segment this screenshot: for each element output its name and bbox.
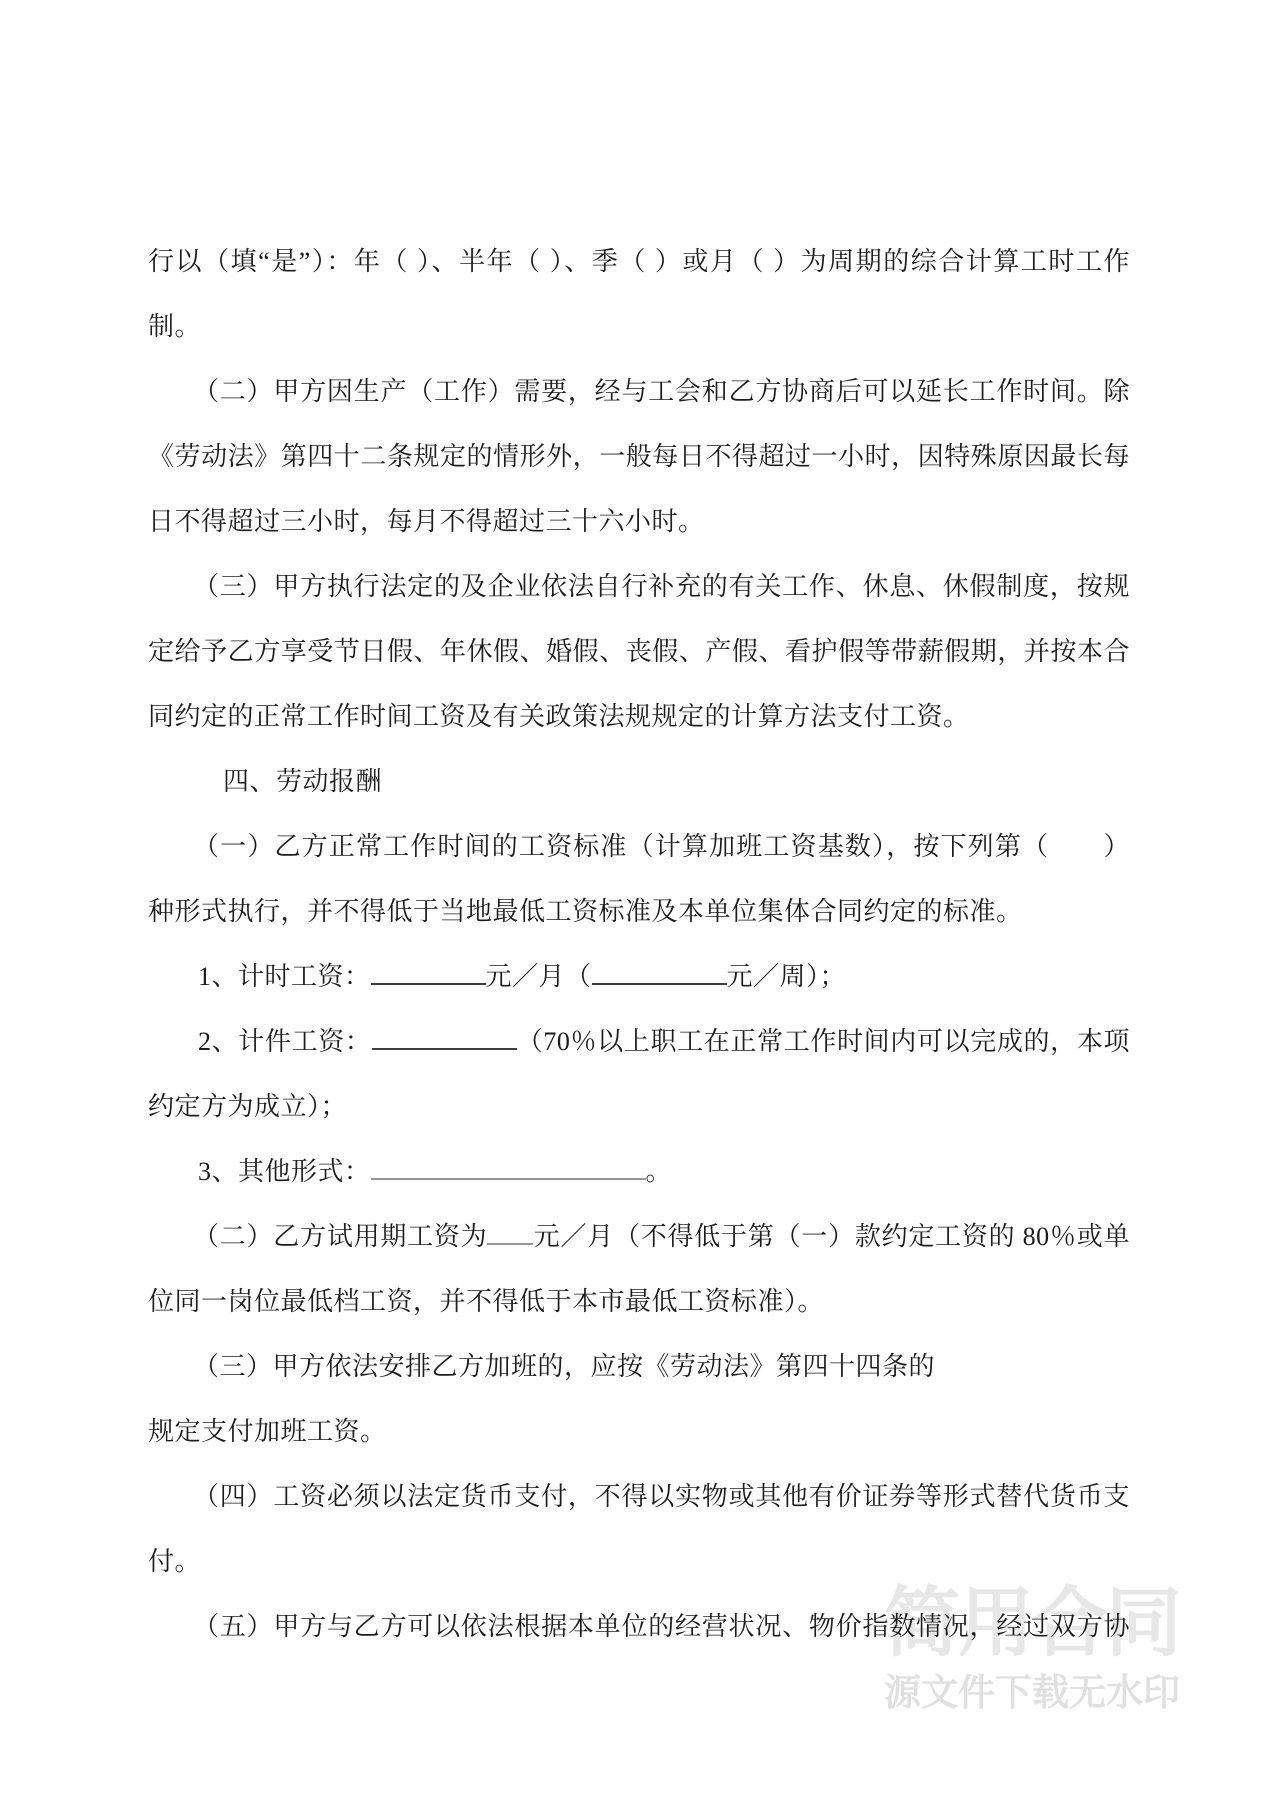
- line-text: 制。: [148, 312, 201, 341]
- fill-in-blank: [371, 961, 486, 985]
- contract-line: （四）工资必须以法定货币支付，不得以实物或其他有价证券等形式替代货币支: [148, 1464, 1130, 1529]
- fill-in-blank: [592, 961, 727, 985]
- contract-line: 付。: [148, 1529, 1130, 1594]
- contract-line: 种形式执行，并不得低于当地最低工资标准及本单位集体合同约定的标准。: [148, 879, 1130, 944]
- line-text: （四）工资必须以法定货币支付，不得以实物或其他有价证券等形式替代货币支: [193, 1482, 1130, 1511]
- line-text: 定给予乙方享受节日假、年休假、婚假、丧假、产假、看护假等带薪假期，并按本合: [148, 637, 1130, 666]
- contract-line: 制。: [148, 294, 1130, 359]
- contract-line: 位同一岗位最低档工资，并不得低于本市最低工资标准）。: [148, 1269, 1130, 1334]
- contract-line: 《劳动法》第四十二条规定的情形外，一般每日不得超过一小时，因特殊原因最长每: [148, 424, 1130, 489]
- line-text: 四、劳动报酬: [223, 767, 382, 796]
- contract-line: 规定支付加班工资。: [148, 1399, 1130, 1464]
- contract-line: 3、其他形式：。: [148, 1139, 1130, 1204]
- contract-line: 2、计件工资：（70％以上职工在正常工作时间内可以完成的，本项: [148, 1009, 1130, 1074]
- contract-line: 四、劳动报酬: [148, 749, 1130, 814]
- line-text: （二）乙方试用期工资为: [193, 1222, 487, 1251]
- line-text: 规定支付加班工资。: [148, 1417, 387, 1446]
- line-text: 《劳动法》第四十二条规定的情形外，一般每日不得超过一小时，因特殊原因最长每: [148, 442, 1130, 471]
- line-text: 付。: [148, 1547, 201, 1576]
- line-text: （三）甲方依法安排乙方加班的，应按《劳动法》第四十四条的: [193, 1352, 935, 1381]
- line-text: 。: [646, 1157, 673, 1186]
- line-text: 元／周）；: [727, 962, 847, 991]
- contract-line: （二）甲方因生产（工作）需要，经与工会和乙方协商后可以延长工作时间。除: [148, 359, 1130, 424]
- contract-line: 日不得超过三小时，每月不得超过三十六小时。: [148, 489, 1130, 554]
- contract-line: （三）甲方依法安排乙方加班的，应按《劳动法》第四十四条的: [148, 1334, 1130, 1399]
- line-text: （三）甲方执行法定的及企业依法自行补充的有关工作、休息、休假制度，按规: [193, 572, 1130, 601]
- line-text: 约定方为成立）；: [148, 1092, 347, 1121]
- contract-body: 行以（填“是”）：年（ ）、半年（ ）、季（ ）或月（ ）为周期的综合计算工时工…: [148, 229, 1130, 1659]
- line-text: 种形式执行，并不得低于当地最低工资标准及本单位集体合同约定的标准。: [148, 897, 1023, 926]
- contract-line: （二）乙方试用期工资为元／月（不得低于第（一）款约定工资的 80％或单: [148, 1204, 1130, 1269]
- line-text: 日不得超过三小时，每月不得超过三十六小时。: [148, 507, 705, 536]
- line-text: 元／月（不得低于第（一）款约定工资的 80％或单: [533, 1222, 1130, 1251]
- contract-line: （三）甲方执行法定的及企业依法自行补充的有关工作、休息、休假制度，按规: [148, 554, 1130, 619]
- line-text: （二）甲方因生产（工作）需要，经与工会和乙方协商后可以延长工作时间。除: [193, 377, 1130, 406]
- line-text: 元／月（: [486, 962, 592, 991]
- contract-line: 行以（填“是”）：年（ ）、半年（ ）、季（ ）或月（ ）为周期的综合计算工时工…: [148, 229, 1130, 294]
- line-text: （五）甲方与乙方可以依法根据本单位的经营状况、物价指数情况，经过双方协: [193, 1612, 1130, 1641]
- contract-line: 1、计时工资：元／月（元／周）；: [148, 944, 1130, 1009]
- document-page: 简用合同 源文件下载无水印 行以（填“是”）：年（ ）、半年（ ）、季（ ）或月…: [0, 0, 1280, 1810]
- fill-in-blank: [372, 1026, 517, 1050]
- line-text: 行以（填“是”）：年（ ）、半年（ ）、季（ ）或月（ ）为周期的综合计算工时工…: [148, 247, 1130, 276]
- contract-line: 定给予乙方享受节日假、年休假、婚假、丧假、产假、看护假等带薪假期，并按本合: [148, 619, 1130, 684]
- contract-line: 同约定的正常工作时间工资及有关政策法规规定的计算方法支付工资。: [148, 684, 1130, 749]
- contract-line: （一）乙方正常工作时间的工资标准（计算加班工资基数），按下列第（ ）: [148, 814, 1130, 879]
- contract-line: 约定方为成立）；: [148, 1074, 1130, 1139]
- fill-in-blank: [487, 1221, 533, 1245]
- line-text: 同约定的正常工作时间工资及有关政策法规规定的计算方法支付工资。: [148, 702, 970, 731]
- line-text: 2、计件工资：: [198, 1027, 372, 1056]
- watermark-tagline: 源文件下载无水印: [884, 1674, 1180, 1711]
- fill-in-blank: [371, 1156, 646, 1180]
- line-text: （一）乙方正常工作时间的工资标准（计算加班工资基数），按下列第（ ）: [193, 832, 1130, 861]
- line-text: 3、其他形式：: [198, 1157, 371, 1186]
- line-text: 位同一岗位最低档工资，并不得低于本市最低工资标准）。: [148, 1287, 824, 1316]
- line-text: （70％以上职工在正常工作时间内可以完成的，本项: [517, 1027, 1130, 1056]
- line-text: 1、计时工资：: [198, 962, 371, 991]
- contract-line: （五）甲方与乙方可以依法根据本单位的经营状况、物价指数情况，经过双方协: [148, 1594, 1130, 1659]
